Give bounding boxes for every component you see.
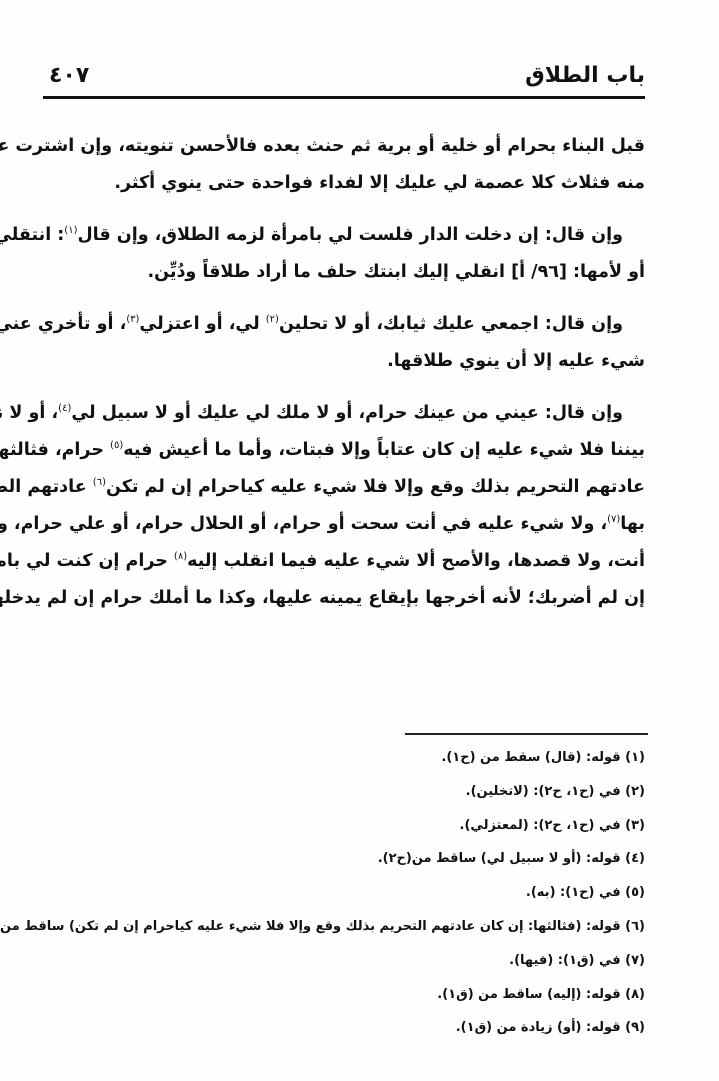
text-run: عادتهم التحريم بذلك وقع وإلا فلا شيء علي… [106,477,645,497]
running-header: باب الطلاق ٤٠٧ [43,60,645,100]
text-run: ، ولا شيء عليه في أنت سحت أو حرام، أو ال… [0,514,607,534]
header-rule [43,96,645,99]
text-run: بيننا فلا شيء عليه إن كان عتاباً وإلا فب… [123,440,645,460]
text-run: وإن قال: اجمعي عليك ثيابك، أو لا تحلين [279,314,623,334]
paragraph: وإن قال: إن دخلت الدار فلست لي بامرأة لز… [45,217,645,291]
footnote-text: قوله: (إليه) ساقط من (ق١). [437,987,625,1002]
text-line: قبل البناء بحرام أو خلية أو برية ثم حنث … [45,128,645,165]
text-run: ، أو تأخري عني فلا [0,314,126,334]
text-line: أنت، ولا قصدها، والأصح ألا شيء عليه فيما… [45,543,645,580]
footnotes: (١) قوله: (قال) سقط من (ح١). (٢) في (ح١،… [45,741,645,1045]
footnote: (٦) قوله: (فثالثها: إن كان عادتهم التحري… [45,910,645,944]
footnote-text: في (ق١): (فيها). [509,953,625,968]
text-line: إن لم أضربك؛ لأنه أخرجها بإيقاع يمينه عل… [45,580,645,617]
footnote: (٢) في (ح١، ح٢): (لاتخلين). [45,775,645,809]
footnote-number: (٣) [625,818,645,833]
footnote-text: قوله: (فثالثها: إن كان عادتهم التحريم بذ… [0,919,625,934]
footnote-ref[interactable]: (٢) [266,314,279,325]
text-line: وإن قال: عيني من عينك حرام، أو لا ملك لي… [45,395,645,432]
footnote-number: (٥) [625,885,645,900]
text-run: حرام، فثالثها: إن كان [0,440,110,460]
paragraph: وإن قال: اجمعي عليك ثيابك، أو لا تحلين(٢… [45,306,645,380]
text-run: : انتقلي لأهلك، [0,225,64,245]
text-run: لي، أو اعتزلي [139,314,265,334]
book-page: باب الطلاق ٤٠٧ قبل البناء بحرام أو خلية … [0,0,719,1081]
text-line: بيننا فلا شيء عليه إن كان عتاباً وإلا فب… [45,432,645,469]
footnote-number: (١) [625,750,645,765]
footnote: (٧) في (ق١): (فيها). [45,944,645,978]
footnote-text: قوله: (أو لا سبيل لي) ساقط من(ح٢). [378,851,625,866]
footnote-ref[interactable]: (٧) [607,514,620,525]
page-number: ٤٠٧ [49,60,89,92]
footnote-separator [405,733,648,735]
footnote: (٣) في (ح١، ح٢): (لمعتزلي). [45,809,645,843]
text-line: وإن قال: اجمعي عليك ثيابك، أو لا تحلين(٢… [45,306,645,343]
footnote-text: في (ح١، ح٢): (لمعتزلي). [460,818,626,833]
footnote-ref[interactable]: (٣) [126,314,139,325]
footnote-number: (٢) [625,784,645,799]
footnote-text: قوله: (قال) سقط من (ح١). [441,750,625,765]
text-line: وإن قال: إن دخلت الدار فلست لي بامرأة لز… [45,217,645,254]
footnote: (٨) قوله: (إليه) ساقط من (ق١). [45,978,645,1012]
text-line: عادتهم التحريم بذلك وقع وإلا فلا شيء علي… [45,469,645,506]
text-run: بها [620,514,645,534]
footnote-number: (٩) [625,1020,645,1035]
text-line: منه فثلاث كلا عصمة لي عليك إلا لفداء فوا… [45,165,645,202]
text-run: حرام إن كنت لي بامرأة أو [0,551,174,571]
paragraph: وإن قال: عيني من عينك حرام، أو لا ملك لي… [45,395,645,617]
footnote-ref[interactable]: (٥) [110,440,123,451]
text-run: وإن قال: إن دخلت الدار فلست لي بامرأة لز… [77,225,623,245]
text-run: أنت، ولا قصدها، والأصح ألا شيء عليه فيما… [187,551,645,571]
paragraph: قبل البناء بحرام أو خلية أو برية ثم حنث … [45,128,645,202]
text-run: وإن قال: عيني من عينك حرام، أو لا ملك لي… [71,403,623,423]
footnote: (٤) قوله: (أو لا سبيل لي) ساقط من(ح٢). [45,842,645,876]
text-run: ، أو لا نكاح [0,403,58,423]
chapter-title: باب الطلاق [525,60,645,92]
footnote-number: (٨) [625,987,645,1002]
text-line: بها(٧)، ولا شيء عليه في أنت سحت أو حرام،… [45,506,645,543]
footnote-text: قوله: (أو) زيادة من (ق١). [456,1020,625,1035]
footnote-ref[interactable]: (٦) [93,477,106,488]
footnote-ref[interactable]: (٤) [58,403,71,414]
text-run: عادتهم الطلاق [0,477,93,497]
footnote-ref[interactable]: (٨) [174,551,187,562]
text-line: شيء عليه إلا أن ينوي طلاقها. [45,343,645,380]
footnote: (٩) قوله: (أو) زيادة من (ق١). [45,1011,645,1045]
footnote-number: (٧) [625,953,645,968]
footnote-number: (٤) [625,851,645,866]
footnote: (٥) في (ح١): (به). [45,876,645,910]
text-line: أو لأمها: [٩٦/ أ] انقلي إليك ابنتك حلف م… [45,254,645,291]
footnote-ref[interactable]: (١) [64,225,77,236]
footnote-text: في (ح١): (به). [526,885,625,900]
footnote-text: في (ح١، ح٢): (لاتخلين). [466,784,625,799]
body-text: قبل البناء بحرام أو خلية أو برية ثم حنث … [45,128,645,632]
footnote-number: (٦) [625,919,645,934]
footnote: (١) قوله: (قال) سقط من (ح١). [45,741,645,775]
